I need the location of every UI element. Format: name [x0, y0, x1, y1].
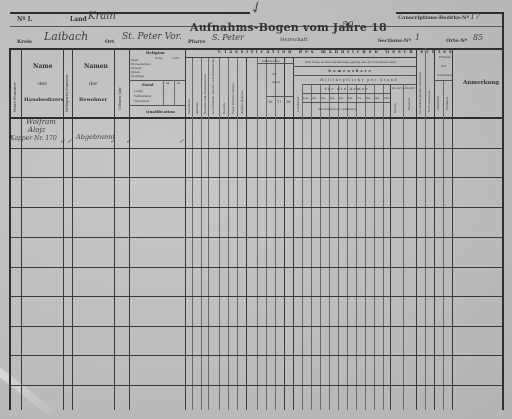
- namensbare-label: Namensbare: [328, 69, 373, 74]
- checkmark-icon: ✓: [60, 139, 65, 145]
- col-wohnpartei: Wohnpartei-Nummer: [65, 75, 70, 112]
- col-line: [356, 84, 357, 410]
- orts-value: 85: [473, 34, 483, 42]
- kreis-value: Laibach: [44, 31, 88, 42]
- col-line: [219, 57, 220, 410]
- zur-landwehr-label: Zu der Landwehr: [392, 86, 415, 91]
- col-line: [374, 84, 375, 410]
- conscription-label: Conscriptions-Bezirks-Nº: [398, 16, 469, 21]
- hausbesitzer-line-1: Wolfram: [26, 119, 56, 126]
- pfarre-value: S. Peter: [212, 34, 244, 42]
- ort-value: St. Peter Vor.: [122, 33, 182, 42]
- age-group: 10te: [384, 96, 389, 101]
- col-line: [365, 84, 366, 410]
- sheet-number: Nº I.: [17, 17, 32, 22]
- herrschaft-label: Herrschaft: [280, 38, 308, 43]
- pfarre-label: Pfarre: [188, 40, 206, 45]
- age-group: 4te: [330, 96, 334, 101]
- col-line: [329, 84, 330, 410]
- stand-col: M.: [166, 81, 170, 86]
- col-bewohner-1: Namen: [84, 64, 108, 69]
- col-line: [208, 57, 209, 410]
- row-divider: [10, 148, 502, 149]
- anmerkung-label: Anmerkung: [463, 81, 499, 86]
- header-subrule: [434, 80, 452, 81]
- row-divider: [10, 237, 502, 238]
- col-line: [302, 84, 303, 410]
- checkmark-icon: ✓: [179, 139, 184, 145]
- armee-label: für die Armee: [325, 87, 369, 92]
- class-col-label: Adelige: [195, 103, 200, 114]
- class-col-label: Beamte und Honoratioren: [203, 74, 208, 114]
- header-body-divider: [10, 117, 502, 119]
- header-subrule: [293, 75, 416, 76]
- von-bis-label: Jahre: [272, 80, 280, 85]
- age-group: 7te: [357, 96, 361, 101]
- hausbesitzer-line-3: Kapper Nr. 170: [10, 136, 57, 142]
- age-group: 2te: [312, 96, 316, 101]
- age-group: 5te: [339, 96, 343, 101]
- header-top-rule-right: [396, 12, 504, 14]
- col-line: [174, 80, 175, 105]
- form-title: Aufnahms-Bogen vom Jahre 18: [190, 22, 387, 33]
- age-col: 18: [286, 100, 290, 105]
- col-line: [201, 57, 202, 410]
- age-col: 16: [268, 100, 272, 105]
- col-line: [293, 57, 294, 410]
- col-line: [320, 84, 321, 410]
- col-line: [311, 84, 312, 410]
- col-hausbesitzer-3: Hausbesitzers: [24, 98, 64, 103]
- nicht-anwesend-label: Nicht anwesend: [427, 91, 432, 112]
- von-bis-label: bis: [272, 72, 276, 77]
- col-line: [383, 84, 384, 410]
- fremde-label: der: [441, 64, 446, 69]
- age-group: 3te: [321, 96, 325, 101]
- col-hausbesitzer-2: des: [38, 82, 47, 87]
- year-value: 50: [342, 22, 353, 31]
- checkmark-icon: ✓: [126, 139, 131, 145]
- class-col-label: Andere Befreite: [240, 90, 245, 114]
- col-line: [347, 84, 348, 410]
- class-col-label: Gewerbsleute, Künstler und Handelsleute: [211, 59, 216, 114]
- col-line: [266, 57, 267, 410]
- checkmark-icon: ✓: [67, 139, 72, 145]
- col-line: [338, 84, 339, 410]
- row-divider: [10, 326, 502, 327]
- fremde-col: Männlich: [436, 96, 441, 110]
- col-hausbesitzer-1: Name: [33, 64, 53, 69]
- col-line: [257, 57, 258, 410]
- col-line: [192, 57, 193, 410]
- jahrgang-label: Altersgruppen / Jahrgang: [318, 107, 357, 112]
- class-col-label: Ganz Unbrauchbare: [231, 83, 236, 114]
- col-line: [246, 57, 247, 410]
- land-label: Land: [70, 17, 87, 22]
- header-subrule: [293, 66, 416, 67]
- checkmark-icon: ✓: [247, 0, 266, 18]
- class-col-label: Bauern: [222, 103, 227, 114]
- header-top-rule: [10, 12, 250, 14]
- age-group: 1ste: [303, 96, 309, 101]
- orts-label: Orts-Nº: [446, 39, 467, 44]
- reserve-label: Reserve: [407, 98, 412, 110]
- sections-label: Sections-Nº: [378, 39, 411, 44]
- age-group: 6te: [348, 96, 352, 101]
- classification-title: Classification des männlichen Geschlecht…: [218, 50, 455, 55]
- militaerpflicht-label: Militärpflicht per Stand: [320, 78, 398, 83]
- religion-row: Sonstige: [131, 74, 144, 79]
- age-col: 17: [277, 100, 281, 105]
- checkmark-icon: ✓: [110, 139, 115, 145]
- row-divider: [10, 296, 502, 297]
- header-subrule: [266, 96, 293, 97]
- row-divider: [10, 385, 502, 386]
- col-line: [390, 84, 391, 410]
- row-divider: [10, 267, 502, 268]
- row-divider: [10, 177, 502, 178]
- fremde-label: Gemeinde: [437, 73, 452, 78]
- religion-col: ledig: [155, 56, 163, 61]
- col-line: [228, 57, 229, 410]
- landwehr-label: Landwehr: [296, 97, 301, 112]
- header-subrule: [129, 105, 185, 106]
- qualification-label: Qualification: [146, 109, 175, 114]
- header-subrule: [302, 84, 416, 85]
- col-haus-nummer: Haus-Nummer: [12, 82, 17, 112]
- hausbesitzer-line-2: Alojz: [28, 127, 45, 134]
- classification-rule: [185, 57, 416, 58]
- col-geburtsjahr: Geburts-Jahr: [118, 87, 123, 110]
- fremde-label: Fremde: [439, 55, 451, 60]
- col-line: [403, 84, 404, 410]
- col-line: [443, 80, 444, 410]
- kreis-label: Kreis: [17, 40, 32, 45]
- col-line: [163, 80, 164, 105]
- col-bewohner-2: der: [89, 82, 98, 87]
- age-group: 8te: [366, 96, 370, 101]
- col-bewohner-3: Bewohner: [79, 98, 107, 103]
- class-col-label: Geistliche: [187, 99, 192, 114]
- conscription-value: 17: [470, 13, 480, 21]
- sections-value: 1: [415, 34, 420, 42]
- header-subrule: [302, 102, 390, 103]
- census-form-sheet: Nº I. Land Krain Aufnahms-Bogen vom Jahr…: [0, 0, 512, 419]
- stand-col: W.: [177, 81, 181, 86]
- nachwuchs-label: Nachwuchs: [262, 59, 280, 64]
- col-line: [284, 57, 285, 410]
- religion-col: verh.: [172, 56, 180, 61]
- land-value: Krain: [88, 12, 116, 22]
- header-subrule: [302, 93, 390, 94]
- fremde-col: Weiblich: [445, 97, 450, 110]
- davon-label: Davon: [393, 103, 398, 113]
- stand-row: Verwitwet: [134, 99, 149, 104]
- row-divider: [10, 355, 502, 356]
- stand-title: Stand: [142, 83, 153, 88]
- col-line: [275, 57, 276, 410]
- ort-label: Ort: [105, 40, 114, 45]
- religion-title: Religion: [146, 50, 165, 55]
- age-group: 9te: [375, 96, 379, 101]
- row-divider: [10, 207, 502, 208]
- zum-theile-label: Zum Theile an Personal-Befreiten gehörig…: [305, 60, 396, 65]
- table-right-border: [502, 12, 504, 410]
- ausland-label: Ins Ausland gehoben abwesend: [418, 72, 423, 114]
- col-line: [237, 57, 238, 410]
